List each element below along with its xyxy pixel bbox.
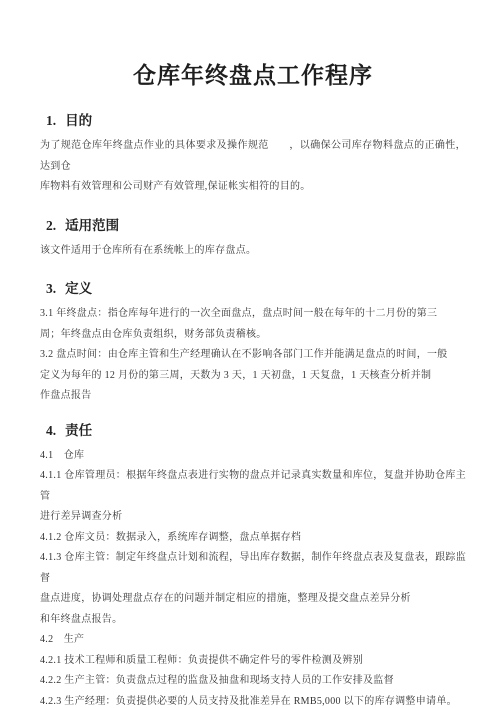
paragraph-item-4-1-2: 4.1.2 仓库文员：数据录入，系统库存调整，盘点单据存档	[40, 528, 466, 549]
document-title: 仓库年终盘点工作程序	[40, 59, 466, 93]
paragraph-item-4-1: 4.1 仓库	[40, 446, 466, 467]
section-number: 4.	[46, 423, 56, 438]
paragraph-item-4-2-2: 4.2.2 生产主管：负责盘点过程的监盘及抽盘和现场支持人员的工作安排及监督	[40, 671, 466, 692]
paragraph: 该文件适用于仓库所有在系统帐上的库存盘点。	[40, 241, 466, 262]
section-scope: 2.适用范围 该文件适用于仓库所有在系统帐上的库存盘点。	[40, 216, 466, 262]
paragraph-item-4-2: 4.2 生产	[40, 630, 466, 651]
section-responsibility: 4.责任 4.1 仓库 4.1.1 仓库管理员：根据年终盘点表进行实物的盘点并记…	[40, 421, 466, 708]
document-content: 仓库年终盘点工作程序 1.目的 为了规范仓库年终盘点作业的具体要求及操作规范 ，…	[0, 0, 500, 708]
section-number: 3.	[46, 281, 56, 296]
document-page: 仓库年终盘点工作程序 1.目的 为了规范仓库年终盘点作业的具体要求及操作规范 ，…	[0, 0, 500, 708]
paragraph: 为了规范仓库年终盘点作业的具体要求及操作规范 ，以确保公司库存物料盘点的正确性，…	[40, 136, 466, 198]
paragraph-item-4-1-3: 4.1.3 仓库主管：制定年终盘点计划和流程，导出库存数据，制作年终盘点表及复盘…	[40, 548, 466, 630]
section-title: 目的	[65, 113, 92, 128]
section-title: 责任	[65, 423, 92, 438]
paragraph-item-4-2-3: 4.2.3 生产经理：负责提供必要的人员支持及批准差异在 RMB5,000 以下…	[40, 692, 466, 708]
paragraph-item-4-2-1: 4.2.1 技术工程师和质量工程师：负责提供不确定件号的零件检测及辨别	[40, 651, 466, 672]
section-number: 1.	[46, 113, 56, 128]
section-purpose: 1.目的 为了规范仓库年终盘点作业的具体要求及操作规范 ，以确保公司库存物料盘点…	[40, 111, 466, 198]
paragraph-item-4-1-1: 4.1.1 仓库管理员：根据年终盘点表进行实物的盘点并记录真实数量和库位，复盘并…	[40, 466, 466, 528]
section-definitions: 3.定义 3.1 年终盘点：指仓库每年进行的一次全面盘点，盘点时间一般在每年的十…	[40, 279, 466, 407]
section-definitions-heading: 3.定义	[46, 279, 466, 298]
paragraph-definition-3-2: 3.2 盘点时间：由仓库主管和生产经理确认在不影响各部门工作并能满足盘点的时间，…	[40, 345, 466, 407]
paragraph-definition-3-1: 3.1 年终盘点：指仓库每年进行的一次全面盘点，盘点时间一般在每年的十二月份的第…	[40, 304, 466, 345]
section-title: 定义	[65, 281, 92, 296]
section-purpose-heading: 1.目的	[46, 111, 466, 130]
section-number: 2.	[46, 218, 56, 233]
section-scope-heading: 2.适用范围	[46, 216, 466, 235]
section-title: 适用范围	[65, 218, 119, 233]
section-responsibility-heading: 4.责任	[46, 421, 466, 440]
